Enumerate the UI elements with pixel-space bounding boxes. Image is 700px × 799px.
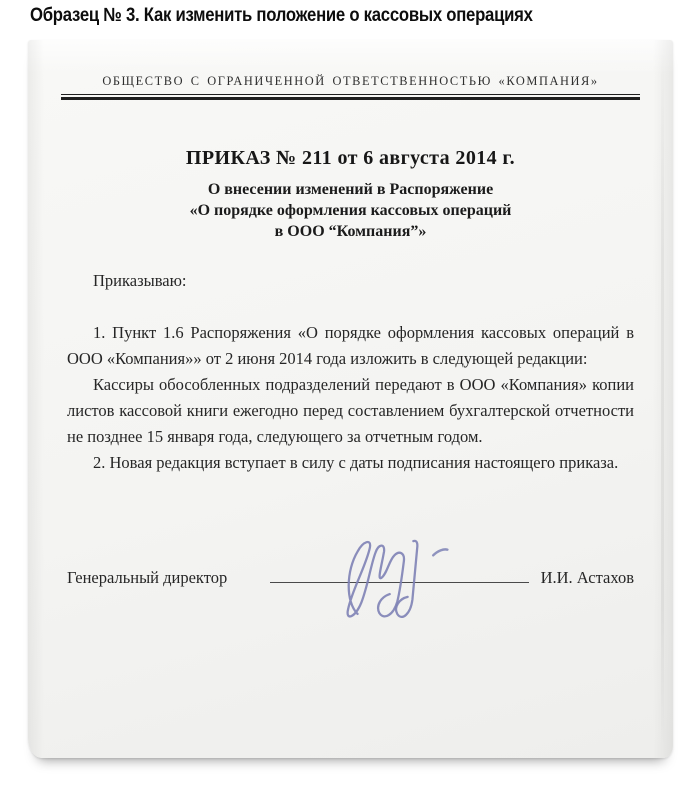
- page-title: Образец № 3. Как изменить положение о ка…: [30, 5, 533, 27]
- signature-line: [270, 581, 528, 583]
- company-header: ОБЩЕСТВО С ОГРАНИЧЕННОЙ ОТВЕТСТВЕННОСТЬЮ…: [70, 74, 631, 89]
- order-intro: Приказываю:: [67, 268, 634, 294]
- order-subtitle-line-2: «О порядке оформления кассовых операций: [67, 200, 634, 221]
- header-rule: [61, 94, 640, 100]
- order-subtitle-line-1: О внесении изменений в Распоряжение: [67, 179, 634, 200]
- order-paragraph-2: Кассиры обособленных подразделений перед…: [67, 372, 634, 450]
- document-paper: ОБЩЕСТВО С ОГРАНИЧЕННОЙ ОТВЕТСТВЕННОСТЬЮ…: [28, 40, 673, 758]
- order-paragraph-1: 1. Пункт 1.6 Распоряжения «О порядке офо…: [67, 320, 634, 372]
- order-title: ПРИКАЗ № 211 от 6 августа 2014 г.: [67, 147, 634, 170]
- signature-block: Генеральный директор И.И. Астахов: [67, 568, 634, 588]
- signatory-role: Генеральный директор: [67, 568, 227, 588]
- order-subtitle-line-3: в ООО “Компания”»: [67, 221, 634, 242]
- order-paragraph-3: 2. Новая редакция вступает в силу с даты…: [67, 450, 634, 476]
- handwritten-signature-icon: [322, 526, 482, 630]
- signatory-name: И.И. Астахов: [541, 568, 634, 588]
- order-subtitle: О внесении изменений в Распоряжение «О п…: [67, 179, 634, 242]
- order-body: Приказываю: 1. Пункт 1.6 Распоряжения «О…: [67, 268, 634, 476]
